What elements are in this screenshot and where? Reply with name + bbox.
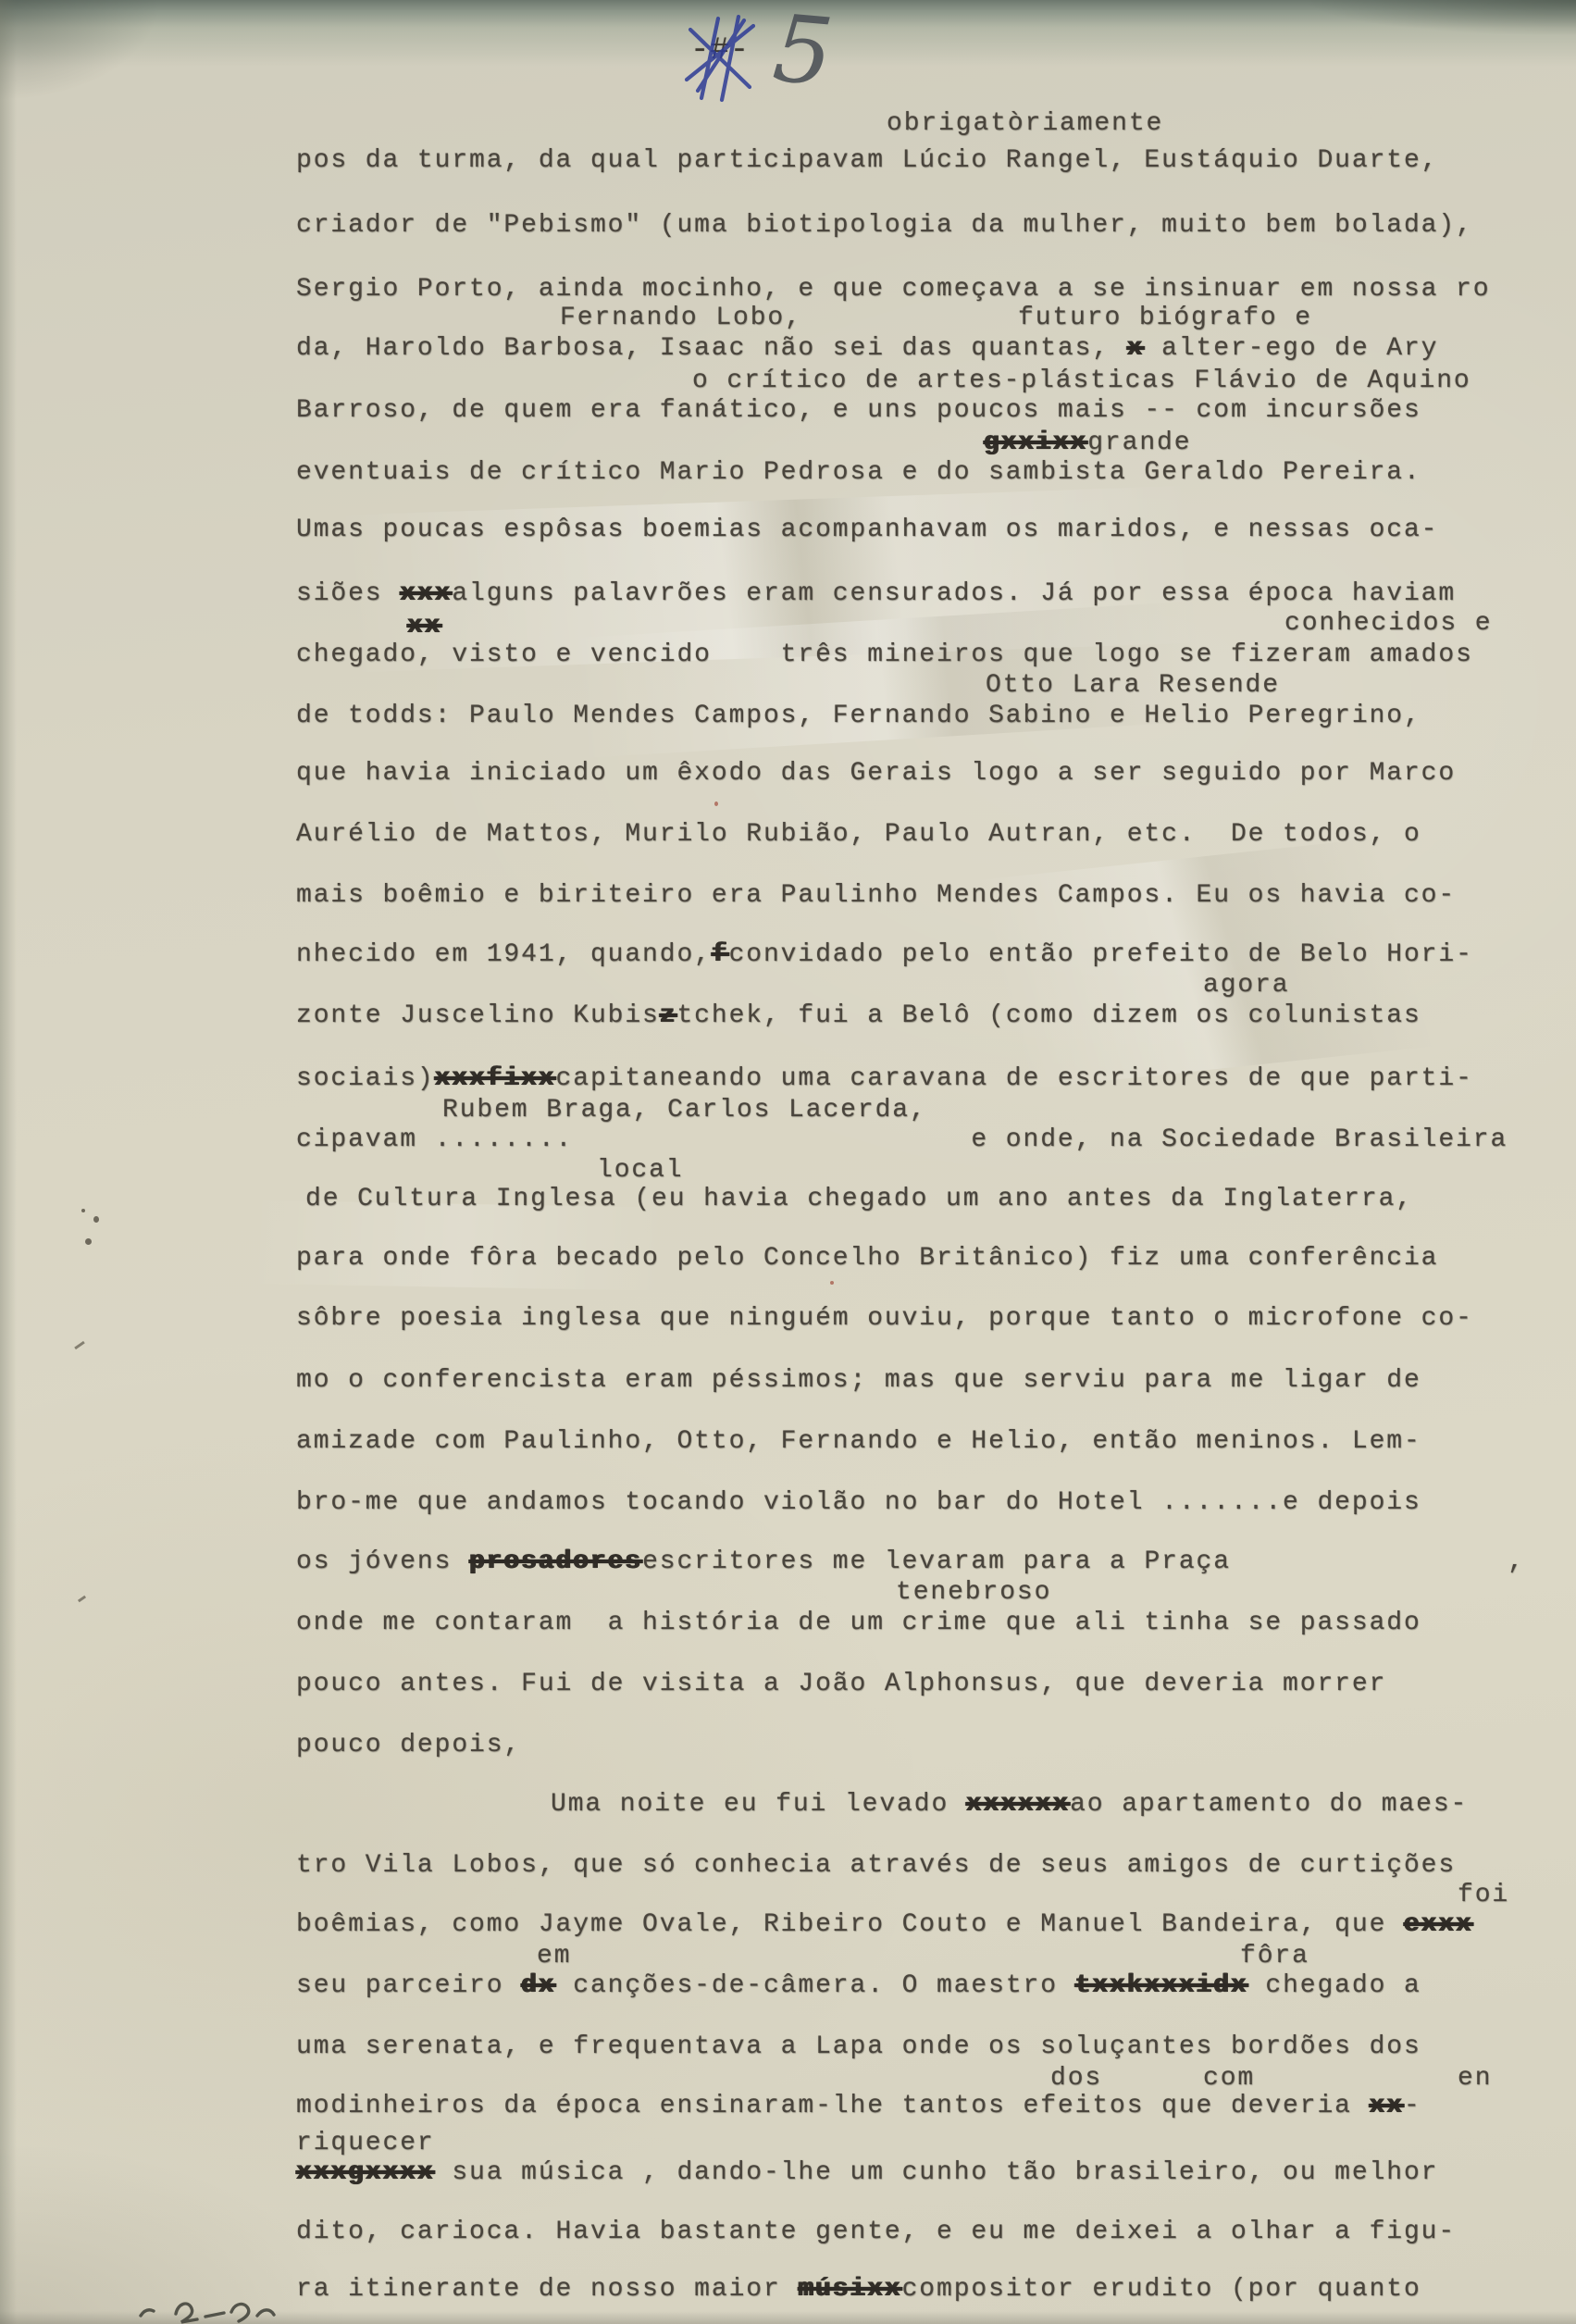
ink-speck xyxy=(78,1596,86,1603)
typed-text: onde me contaram a história de um crime … xyxy=(296,1609,1421,1637)
typed-text: agora xyxy=(1203,971,1290,1000)
inserted-correction-line: en xyxy=(1458,2064,1492,2093)
struck-out-text: xxx xyxy=(400,579,452,608)
ink-speck xyxy=(81,1209,85,1212)
typed-line: os jóvens prosadoresescritores me levara… xyxy=(296,1547,1525,1576)
inserted-correction-line: fôra xyxy=(1240,1942,1309,1970)
inserted-correction-line: conhecidos e xyxy=(1284,609,1492,638)
typed-text: modinheiros da época ensinaram-lhe tanto… xyxy=(296,2092,1370,2120)
typed-text: em xyxy=(537,1942,571,1970)
typed-line: de Cultura Inglesa (eu havia chegado um … xyxy=(305,1185,1413,1213)
typed-line: riquecer xyxy=(296,2129,435,2157)
typed-text: para onde fôra becado pelo Concelho Brit… xyxy=(296,1244,1438,1273)
typed-text: com xyxy=(1203,2064,1255,2093)
typed-text: alter-ego de Ary xyxy=(1144,334,1438,363)
manuscript-page: -#- 5 obrigatòriamentepos da turma, da q… xyxy=(0,0,1576,2324)
typed-text: dito, carioca. Havia bastante gente, e e… xyxy=(296,2218,1456,2246)
typed-text: pouco depois, xyxy=(296,1731,521,1759)
typed-text: mais boêmio e biriteiro era Paulinho Men… xyxy=(296,881,1456,910)
struck-out-text: f xyxy=(712,940,729,969)
inserted-correction-line: Rubem Braga, Carlos Lacerda, xyxy=(442,1096,927,1125)
typed-text: convidado pelo então prefeito de Belo Ho… xyxy=(729,940,1473,969)
typed-line: chegado, visto e vencido três mineiros q… xyxy=(296,640,1473,669)
typed-line: de todds: Paulo Mendes Campos, Fernando … xyxy=(296,702,1421,730)
typed-text: sôbre poesia inglesa que ninguém ouviu, … xyxy=(296,1304,1473,1333)
typed-line: que havia iniciado um êxodo das Gerais l… xyxy=(296,759,1456,788)
bottom-margin-pen-mark xyxy=(109,2292,331,2324)
typed-line: siões xxxalguns palavrões eram censurado… xyxy=(296,579,1456,608)
typed-line: dito, carioca. Havia bastante gente, e e… xyxy=(296,2218,1456,2246)
inserted-correction-line: o crítico de artes-plásticas Flávio de A… xyxy=(692,367,1471,395)
typed-line: criador de "Pebismo" (uma biotipologia d… xyxy=(296,211,1473,240)
typed-line: pos da turma, da qual participavam Lúcio… xyxy=(296,146,1438,175)
typed-line: zonte Juscelino Kubisztchek, fui a Belô … xyxy=(296,1001,1421,1030)
typed-line: cipavam ........ e onde, na Sociedade Br… xyxy=(296,1125,1508,1154)
typed-text: Barroso, de quem era fanático, e uns pou… xyxy=(296,396,1421,425)
typed-text: tro Vila Lobos, que só conhecia através … xyxy=(296,1851,1456,1880)
typed-text: criador de "Pebismo" (uma biotipologia d… xyxy=(296,211,1473,240)
typed-text: alguns palavrões eram censurados. Já por… xyxy=(452,579,1456,608)
struck-out-text: prosadores xyxy=(469,1547,642,1576)
typed-text: os jóvens xyxy=(296,1547,469,1576)
typed-text: Aurélio de Mattos, Murilo Rubião, Paulo … xyxy=(296,820,1421,849)
struck-out-text: xxxfixx xyxy=(435,1064,556,1093)
typed-line: mo o conferencista eram péssimos; mas qu… xyxy=(296,1366,1421,1395)
scan-top-right-shadow xyxy=(1187,0,1576,56)
typed-text: futuro biógrafo e xyxy=(1018,304,1312,332)
typed-text: da, Haroldo Barbosa, Isaac não sei das q… xyxy=(296,334,1127,363)
pen-scribble-icon xyxy=(679,11,768,107)
typed-text: eventuais de crítico Mario Pedrosa e do … xyxy=(296,458,1421,487)
typed-line: sôbre poesia inglesa que ninguém ouviu, … xyxy=(296,1304,1473,1333)
struck-out-text: dx xyxy=(521,1971,555,2000)
typed-text: boêmias, como Jayme Ovale, Ribeiro Couto… xyxy=(296,1910,1404,1939)
ink-speck-red xyxy=(714,802,718,806)
typed-line: seu parceiro dx canções-de-câmera. O mae… xyxy=(296,1971,1421,2000)
typed-text: sociais) xyxy=(296,1064,435,1093)
typed-line: Sergio Porto, ainda mocinho, e que começ… xyxy=(296,275,1491,304)
inserted-correction-line: foi xyxy=(1458,1881,1509,1909)
typed-line: modinheiros da época ensinaram-lhe tanto… xyxy=(296,2092,1421,2120)
typed-text: chegado a xyxy=(1248,1971,1421,2000)
typed-line: xxxgxxxx sua música , dando-lhe um cunho… xyxy=(296,2158,1438,2187)
typed-line: pouco antes. Fui de visita a João Alphon… xyxy=(296,1670,1386,1698)
inserted-correction-line: xx xyxy=(407,612,441,640)
inserted-correction-line: local xyxy=(597,1156,684,1185)
typed-line: mais boêmio e biriteiro era Paulinho Men… xyxy=(296,881,1456,910)
typed-text: bro-me que andamos tocando violão no bar… xyxy=(296,1488,1421,1517)
typed-text: foi xyxy=(1458,1881,1509,1909)
inserted-correction-line: Fernando Lobo, xyxy=(560,304,802,332)
inserted-correction-line: obrigatòriamente xyxy=(887,109,1163,138)
typed-line: Aurélio de Mattos, Murilo Rubião, Paulo … xyxy=(296,820,1421,849)
typed-text: escritores me levaram para a Praça , xyxy=(642,1547,1525,1576)
typed-text: grande xyxy=(1087,429,1191,457)
typed-text: siões xyxy=(296,579,400,608)
inserted-correction-line: agora xyxy=(1203,971,1290,1000)
struck-out-text: exxx xyxy=(1404,1910,1473,1939)
typed-text: cipavam ........ e onde, na Sociedade Br… xyxy=(296,1125,1508,1154)
struck-out-text: xx xyxy=(407,612,441,640)
struck-out-text: xxxgxxxx xyxy=(296,2158,435,2187)
inserted-correction-line: gxxixxgrande xyxy=(984,429,1191,457)
typed-line: Uma noite eu fui levado xxxxxxao apartam… xyxy=(551,1790,1468,1819)
typed-text: seu parceiro xyxy=(296,1971,521,2000)
typed-line: Barroso, de quem era fanático, e uns pou… xyxy=(296,396,1421,425)
struck-out-text: xxxxxx xyxy=(966,1790,1070,1819)
typed-text: Fernando Lobo, xyxy=(560,304,802,332)
typed-text: compositor erudito (por quanto xyxy=(902,2275,1421,2304)
inserted-correction-line: Otto Lara Resende xyxy=(986,671,1280,700)
typed-line: bro-me que andamos tocando violão no bar… xyxy=(296,1488,1421,1517)
ink-speck-red xyxy=(830,1281,834,1285)
typed-text: nhecido em 1941, quando, xyxy=(296,940,712,969)
struck-out-text: z xyxy=(660,1001,677,1030)
typed-text: dos xyxy=(1050,2064,1102,2093)
typed-text: de Cultura Inglesa (eu havia chegado um … xyxy=(305,1185,1413,1213)
struck-out-text: x xyxy=(1127,334,1145,363)
typed-text: local xyxy=(597,1156,684,1185)
typed-line: onde me contaram a história de um crime … xyxy=(296,1609,1421,1637)
scan-left-edge xyxy=(0,0,17,2324)
typed-text: Uma noite eu fui levado xyxy=(551,1790,966,1819)
typed-line: eventuais de crítico Mario Pedrosa e do … xyxy=(296,458,1421,487)
typed-line: da, Haroldo Barbosa, Isaac não sei das q… xyxy=(296,334,1438,363)
inserted-correction-line: tenebroso xyxy=(896,1578,1051,1607)
typed-text: uma serenata, e frequentava a Lapa onde … xyxy=(296,2032,1421,2061)
typed-line: para onde fôra becado pelo Concelho Brit… xyxy=(296,1244,1438,1273)
typed-text: en xyxy=(1458,2064,1492,2093)
scan-top-left-shadow xyxy=(0,0,241,148)
typed-text: de todds: Paulo Mendes Campos, Fernando … xyxy=(296,702,1421,730)
struck-out-text: gxxixx xyxy=(984,429,1087,457)
inserted-correction-line: futuro biógrafo e xyxy=(1018,304,1312,332)
typed-line: tro Vila Lobos, que só conhecia através … xyxy=(296,1851,1456,1880)
typed-text: o crítico de artes-plásticas Flávio de A… xyxy=(692,367,1471,395)
typed-text: fôra xyxy=(1240,1942,1309,1970)
inserted-correction-line: em xyxy=(537,1942,571,1970)
typed-text: Rubem Braga, Carlos Lacerda, xyxy=(442,1096,927,1125)
typed-text: ao apartamento do maes- xyxy=(1070,1790,1468,1819)
typed-text: Umas poucas espôsas boemias acompanhavam… xyxy=(296,516,1438,544)
typed-text: sua música , dando-lhe um cunho tão bras… xyxy=(435,2158,1439,2187)
typed-line: boêmias, como Jayme Ovale, Ribeiro Couto… xyxy=(296,1910,1473,1939)
inserted-correction-line: com xyxy=(1203,2064,1255,2093)
typed-text: pos da turma, da qual participavam Lúcio… xyxy=(296,146,1438,175)
typed-text: pouco antes. Fui de visita a João Alphon… xyxy=(296,1670,1386,1698)
struck-out-text: txxkxxxidx xyxy=(1075,1971,1248,2000)
handwritten-page-number: 5 xyxy=(769,0,838,107)
typed-line: pouco depois, xyxy=(296,1731,521,1759)
typed-text: chegado, visto e vencido três mineiros q… xyxy=(296,640,1473,669)
inserted-correction-line: dos xyxy=(1050,2064,1102,2093)
typed-line: sociais)xxxfixxcapitaneando uma caravana… xyxy=(296,1064,1473,1093)
struck-out-text: músixx xyxy=(798,2275,901,2304)
typed-text: - xyxy=(1404,2092,1421,2120)
typed-line: ra itinerante de nosso maior músixxcompo… xyxy=(296,2275,1421,2304)
typed-line: nhecido em 1941, quando,fconvidado pelo … xyxy=(296,940,1473,969)
struck-out-text: xx xyxy=(1370,2092,1404,2120)
typed-text: obrigatòriamente xyxy=(887,109,1163,138)
typed-text: conhecidos e xyxy=(1284,609,1492,638)
typed-line: amizade com Paulinho, Otto, Fernando e H… xyxy=(296,1427,1421,1456)
typed-text: que havia iniciado um êxodo das Gerais l… xyxy=(296,759,1456,788)
typed-text: mo o conferencista eram péssimos; mas qu… xyxy=(296,1366,1421,1395)
typed-line: uma serenata, e frequentava a Lapa onde … xyxy=(296,2032,1421,2061)
typed-text: zonte Juscelino Kubis xyxy=(296,1001,660,1030)
typed-text: riquecer xyxy=(296,2129,435,2157)
typed-text: ra itinerante de nosso maior xyxy=(296,2275,798,2304)
typed-text: tchek, fui a Belô (como dizem os colunis… xyxy=(676,1001,1421,1030)
typed-line: Umas poucas espôsas boemias acompanhavam… xyxy=(296,516,1438,544)
typed-text: capitaneando uma caravana de escritores … xyxy=(556,1064,1473,1093)
ink-speck xyxy=(93,1216,99,1223)
typed-text: Sergio Porto, ainda mocinho, e que começ… xyxy=(296,275,1491,304)
ink-speck xyxy=(74,1341,85,1349)
typed-text: Otto Lara Resende xyxy=(986,671,1280,700)
typed-text: amizade com Paulinho, Otto, Fernando e H… xyxy=(296,1427,1421,1456)
typed-text: tenebroso xyxy=(896,1578,1051,1607)
typed-text: canções-de-câmera. O maestro xyxy=(556,1971,1075,2000)
ink-speck xyxy=(85,1238,92,1245)
